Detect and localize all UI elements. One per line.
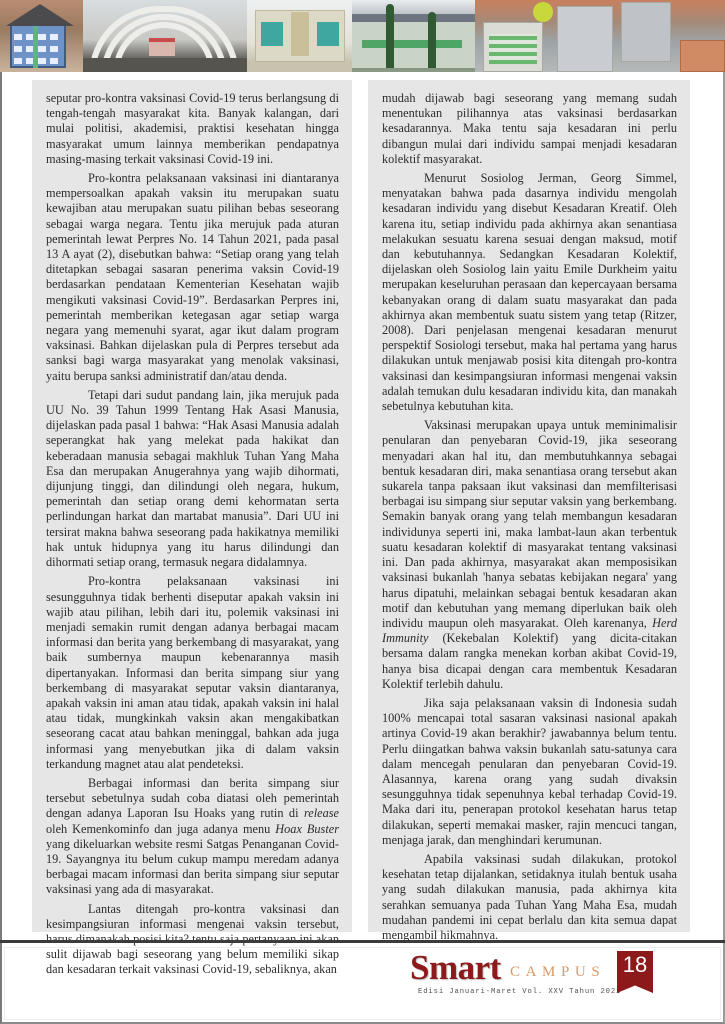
dome-shape xyxy=(533,2,553,22)
glass-panel xyxy=(317,22,339,46)
tree-shape xyxy=(386,4,394,68)
road xyxy=(83,58,247,72)
banner-photo-office-building xyxy=(247,0,352,72)
paragraph: mudah dijawab bagi seseorang yang memang… xyxy=(382,91,677,167)
paragraph: Vaksinasi merupakan upaya untuk meminima… xyxy=(382,418,677,692)
roof-shape xyxy=(680,40,725,72)
building-shape xyxy=(557,6,613,72)
banner-photo-green-school xyxy=(352,0,475,72)
article-column-right: mudah dijawab bagi seseorang yang memang… xyxy=(368,80,690,932)
page-number: 18 xyxy=(617,953,653,977)
text-run: Berbagai informasi dan berita simpang si… xyxy=(46,776,339,820)
footer-divider xyxy=(0,940,725,943)
paragraph: Pro-kontra pelaksanaan vaksinasi ini ses… xyxy=(46,574,339,772)
logo-smart-text: Smart xyxy=(410,948,501,988)
header-photo-banner xyxy=(0,0,725,72)
banner-photo-campus-gate xyxy=(83,0,247,72)
paragraph: Tetapi dari sudut pandang lain, jika mer… xyxy=(46,388,339,570)
paragraph: seputar pro-kontra vaksinasi Covid-19 te… xyxy=(46,91,339,167)
paragraph: Pro-kontra pelaksanaan vaksinasi ini dia… xyxy=(46,171,339,384)
entrance-column xyxy=(291,12,309,56)
italic-term: release xyxy=(304,806,339,820)
gate-booth xyxy=(149,38,175,56)
text-run: Vaksinasi merupakan upaya untuk meminima… xyxy=(382,418,677,630)
banner-photo-blue-building xyxy=(0,0,83,72)
green-stripe xyxy=(33,26,38,68)
paragraph: Berbagai informasi dan berita simpang si… xyxy=(46,776,339,898)
banner-photo-aerial-campus xyxy=(475,0,725,72)
text-run: yang dikeluarkan website resmi Satgas Pe… xyxy=(46,837,339,897)
green-windows xyxy=(489,34,537,64)
glass-panel xyxy=(261,22,283,46)
paragraph: Jika saja pelaksanaan vaksin di Indonesi… xyxy=(382,696,677,848)
window-row xyxy=(14,58,62,64)
window-row xyxy=(14,34,62,40)
logo-campus-text: CAMPUS xyxy=(510,963,605,981)
article-column-left: seputar pro-kontra vaksinasi Covid-19 te… xyxy=(32,80,352,932)
plaza xyxy=(247,62,352,72)
roof-shape xyxy=(6,4,74,26)
edition-label: Edisi Januari-Maret Vol. XXV Tahun 2022 xyxy=(418,988,621,997)
green-band xyxy=(362,40,462,48)
paragraph: Apabila vaksinasi sudah dilakukan, proto… xyxy=(382,852,677,943)
tree-shape xyxy=(428,12,436,68)
window-row xyxy=(14,46,62,52)
text-run: oleh Kemenkominfo dan juga adanya menu xyxy=(46,822,275,836)
italic-term: Hoax Buster xyxy=(275,822,339,836)
building-shape xyxy=(621,2,671,62)
paragraph: Menurut Sosiolog Jerman, Georg Simmel, m… xyxy=(382,171,677,414)
